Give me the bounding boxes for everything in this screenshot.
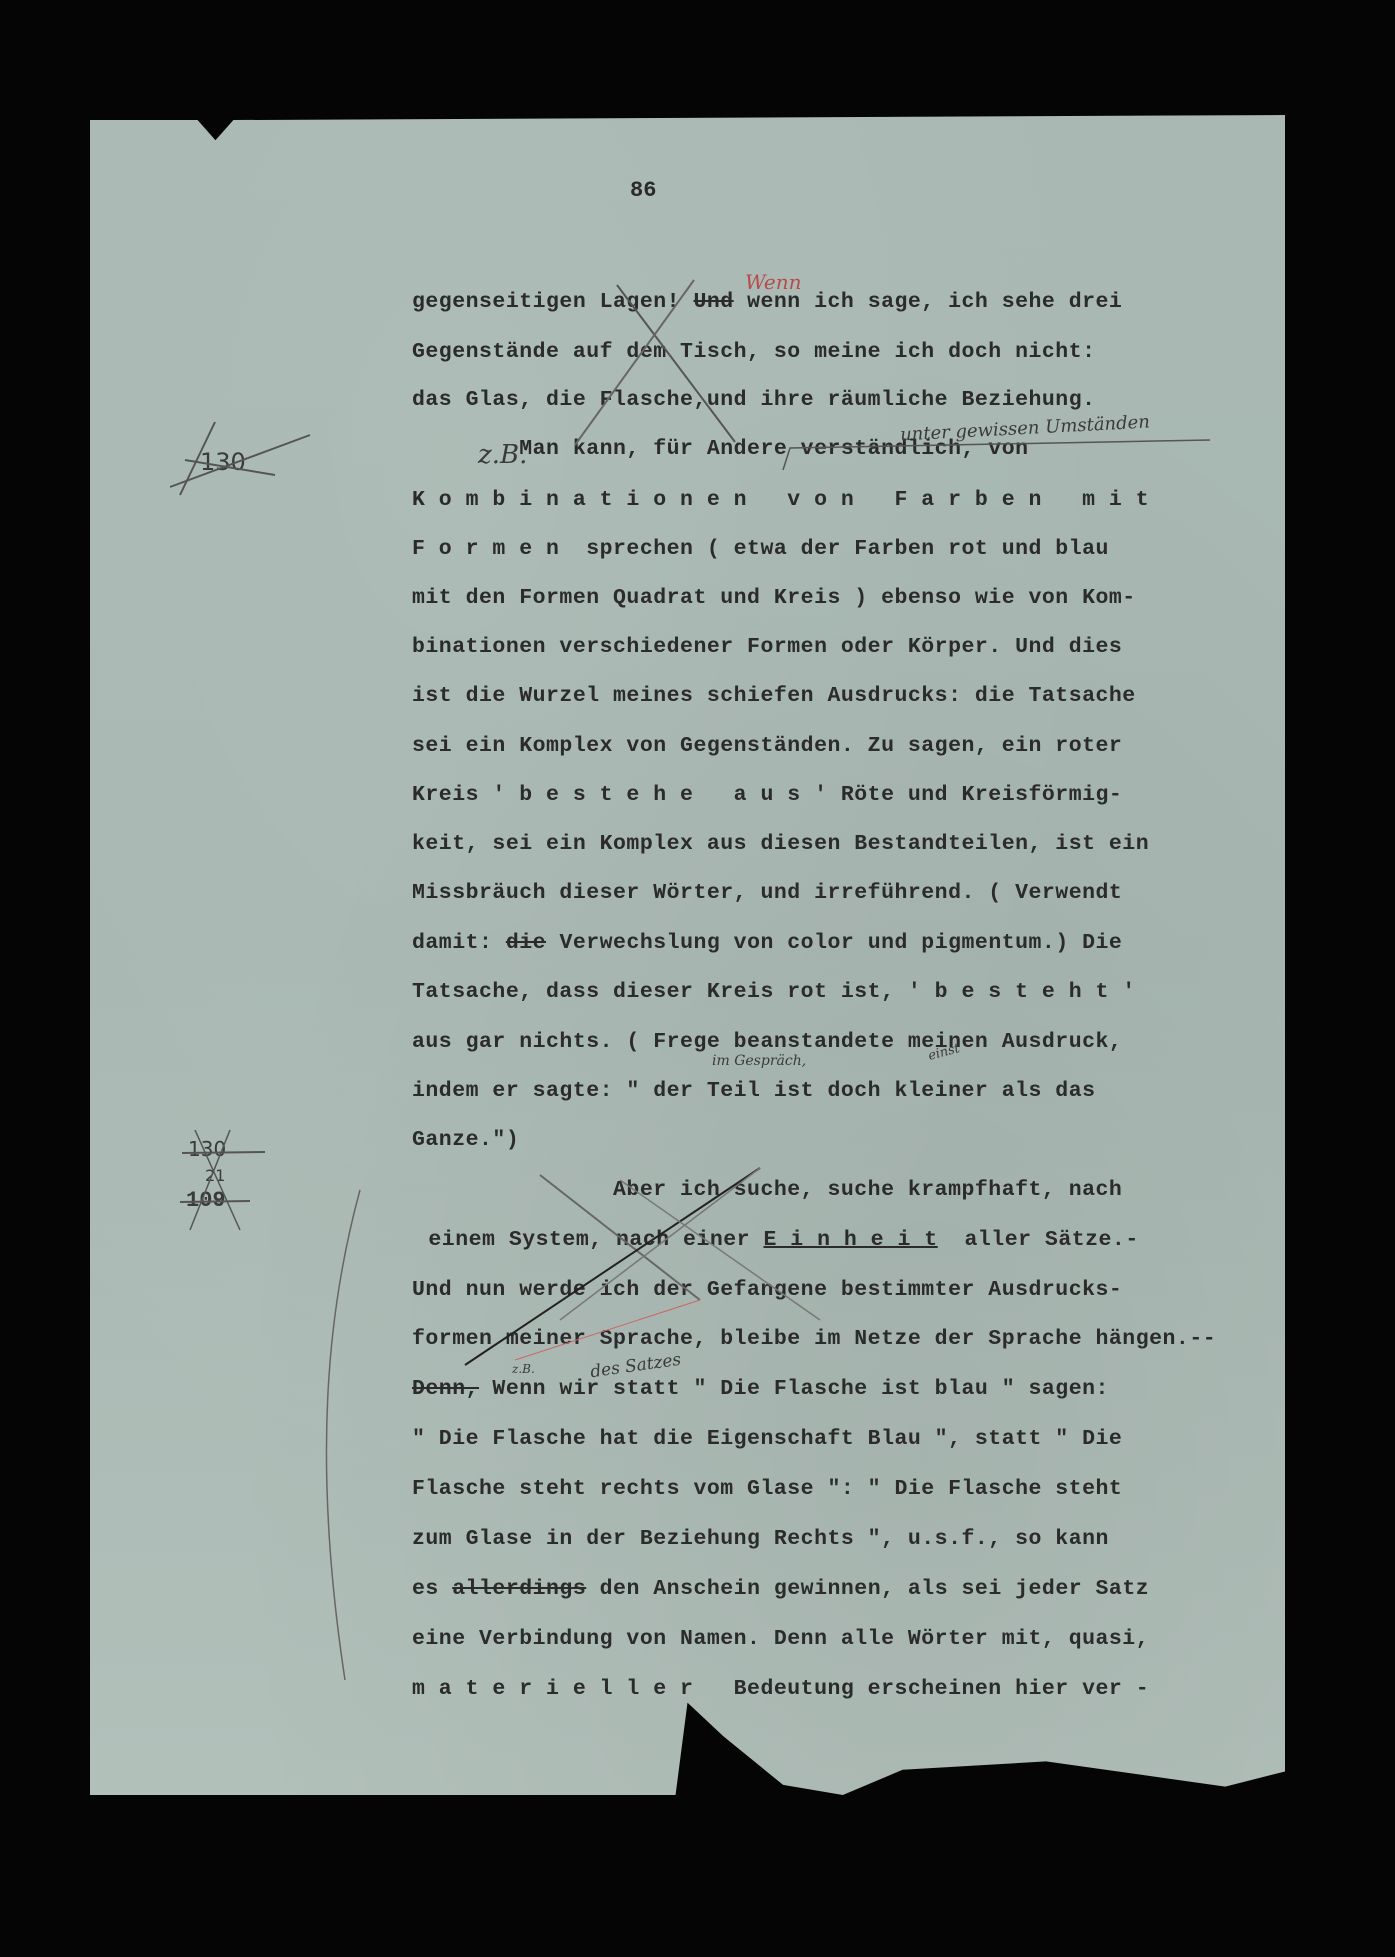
typed-line: Denn, Wenn wir statt " Die Flasche ist b…	[412, 1377, 1109, 1401]
struck-word: die	[506, 931, 546, 955]
typed-line: aus gar nichts. ( Frege beanstandete mei…	[412, 1030, 1122, 1054]
typed-text: mit den Formen Quadrat und Kreis ) ebens…	[412, 586, 1136, 610]
typed-text: Missbräuch dieser Wörter, und irreführen…	[412, 881, 1122, 905]
typed-text: F o r m e n sprechen ( etwa der Farben r…	[412, 537, 1109, 561]
typed-line: das Glas, die Flasche,und ihre räumliche…	[412, 388, 1096, 412]
typed-text: gegenseitigen Lagen!	[412, 290, 693, 314]
struck-word: allerdings	[452, 1577, 586, 1601]
page-number: 86	[630, 178, 656, 203]
typed-text: Wenn wir statt " Die Flasche ist blau " …	[479, 1377, 1109, 1401]
typed-line: damit: die Verwechslung von color und pi…	[412, 931, 1122, 955]
typed-line: Und nun werde ich der Gefangene bestimmt…	[412, 1278, 1122, 1302]
typed-text: Tatsache, dass dieser Kreis rot ist, ' b…	[412, 980, 1136, 1004]
typed-line: " Die Flasche hat die Eigenschaft Blau "…	[412, 1427, 1122, 1451]
handwritten-im-gespraech: im Gespräch,	[712, 1053, 806, 1069]
typed-text: m a t e r i e l l e r Bedeutung erschein…	[412, 1677, 1149, 1701]
typed-line: Flasche steht rechts vom Glase ": " Die …	[412, 1477, 1122, 1501]
typed-text: Flasche steht rechts vom Glase ": " Die …	[412, 1477, 1122, 1501]
typed-text: Verwechslung von color und pigmentum.) D…	[546, 931, 1122, 955]
typed-text: binationen verschiedener Formen oder Kör…	[412, 635, 1122, 659]
typed-text: K o m b i n a t i o n e n v o n F a r b …	[412, 488, 1149, 512]
typed-text: aller Sätze.-	[938, 1228, 1139, 1252]
handwritten-wenn: Wenn	[745, 270, 802, 294]
margin-number-small: 21	[205, 1166, 225, 1185]
typed-line: keit, sei ein Komplex aus diesen Bestand…	[412, 832, 1149, 856]
typed-line: es allerdings den Anschein gewinnen, als…	[412, 1577, 1149, 1601]
typed-text: das Glas, die Flasche,und ihre räumliche…	[412, 388, 1096, 412]
typed-text: ist die Wurzel meines schiefen Ausdrucks…	[412, 684, 1136, 708]
typed-text: zum Glase in der Beziehung Rechts ", u.s…	[412, 1527, 1109, 1551]
typed-text: den Anschein gewinnen, als sei jeder Sat…	[586, 1577, 1149, 1601]
typed-line: Missbräuch dieser Wörter, und irreführen…	[412, 881, 1122, 905]
typed-text: formen meiner Sprache, bleibe im Netze d…	[412, 1327, 1216, 1351]
typed-text: Aber ich suche, suche krampfhaft, nach	[412, 1178, 1122, 1202]
typed-line: binationen verschiedener Formen oder Kör…	[412, 635, 1122, 659]
typed-text: eine Verbindung von Namen. Denn alle Wör…	[412, 1627, 1149, 1651]
margin-number-struck-bold: 109	[186, 1188, 226, 1213]
typed-text: Und nun werde ich der Gefangene bestimmt…	[412, 1278, 1122, 1302]
struck-word: Denn,	[412, 1377, 479, 1401]
typed-text: aus gar nichts. ( Frege beanstandete mei…	[412, 1030, 1122, 1054]
typed-line: Tatsache, dass dieser Kreis rot ist, ' b…	[412, 980, 1136, 1004]
margin-number-struck-mid: 130	[188, 1137, 226, 1161]
typed-line: indem er sagte: " der Teil ist doch klei…	[412, 1079, 1096, 1103]
typed-line: K o m b i n a t i o n e n v o n F a r b …	[412, 488, 1149, 512]
typed-text: damit:	[412, 931, 506, 955]
typed-text: Gegenstände auf dem Tisch, so meine ich …	[412, 340, 1096, 364]
margin-number-struck-top: 130	[200, 448, 246, 476]
typed-text: einem System, nach einer	[415, 1228, 763, 1252]
typed-line: ist die Wurzel meines schiefen Ausdrucks…	[412, 684, 1136, 708]
typed-text: Kreis ' b e s t e h e a u s ' Röte und K…	[412, 783, 1122, 807]
typed-line: Gegenstände auf dem Tisch, so meine ich …	[412, 340, 1096, 364]
handwritten-zb-small: z.B.	[512, 1362, 535, 1376]
typed-line: zum Glase in der Beziehung Rechts ", u.s…	[412, 1527, 1109, 1551]
underlined-word: E i n h e i t	[763, 1228, 937, 1252]
typed-line: m a t e r i e l l e r Bedeutung erschein…	[412, 1677, 1149, 1701]
typed-text: Ganze.")	[412, 1128, 519, 1152]
struck-word: Und	[693, 290, 733, 314]
typed-line: einem System, nach einer E i n h e i t a…	[415, 1228, 1139, 1252]
typed-line: mit den Formen Quadrat und Kreis ) ebens…	[412, 586, 1136, 610]
typed-line: F o r m e n sprechen ( etwa der Farben r…	[412, 537, 1109, 561]
typed-line: Ganze.")	[412, 1128, 519, 1152]
typed-line: Kreis ' b e s t e h e a u s ' Röte und K…	[412, 783, 1122, 807]
typed-line: Aber ich suche, suche krampfhaft, nach	[412, 1178, 1122, 1202]
typed-text: keit, sei ein Komplex aus diesen Bestand…	[412, 832, 1149, 856]
typed-text: sei ein Komplex von Gegenständen. Zu sag…	[412, 734, 1122, 758]
typed-line: formen meiner Sprache, bleibe im Netze d…	[412, 1327, 1216, 1351]
typed-line: eine Verbindung von Namen. Denn alle Wör…	[412, 1627, 1149, 1651]
typed-line: sei ein Komplex von Gegenständen. Zu sag…	[412, 734, 1122, 758]
handwritten-zb: z.B.	[478, 440, 527, 470]
typed-text: " Die Flasche hat die Eigenschaft Blau "…	[412, 1427, 1122, 1451]
typed-text: es	[412, 1577, 452, 1601]
typed-text: indem er sagte: " der Teil ist doch klei…	[412, 1079, 1096, 1103]
